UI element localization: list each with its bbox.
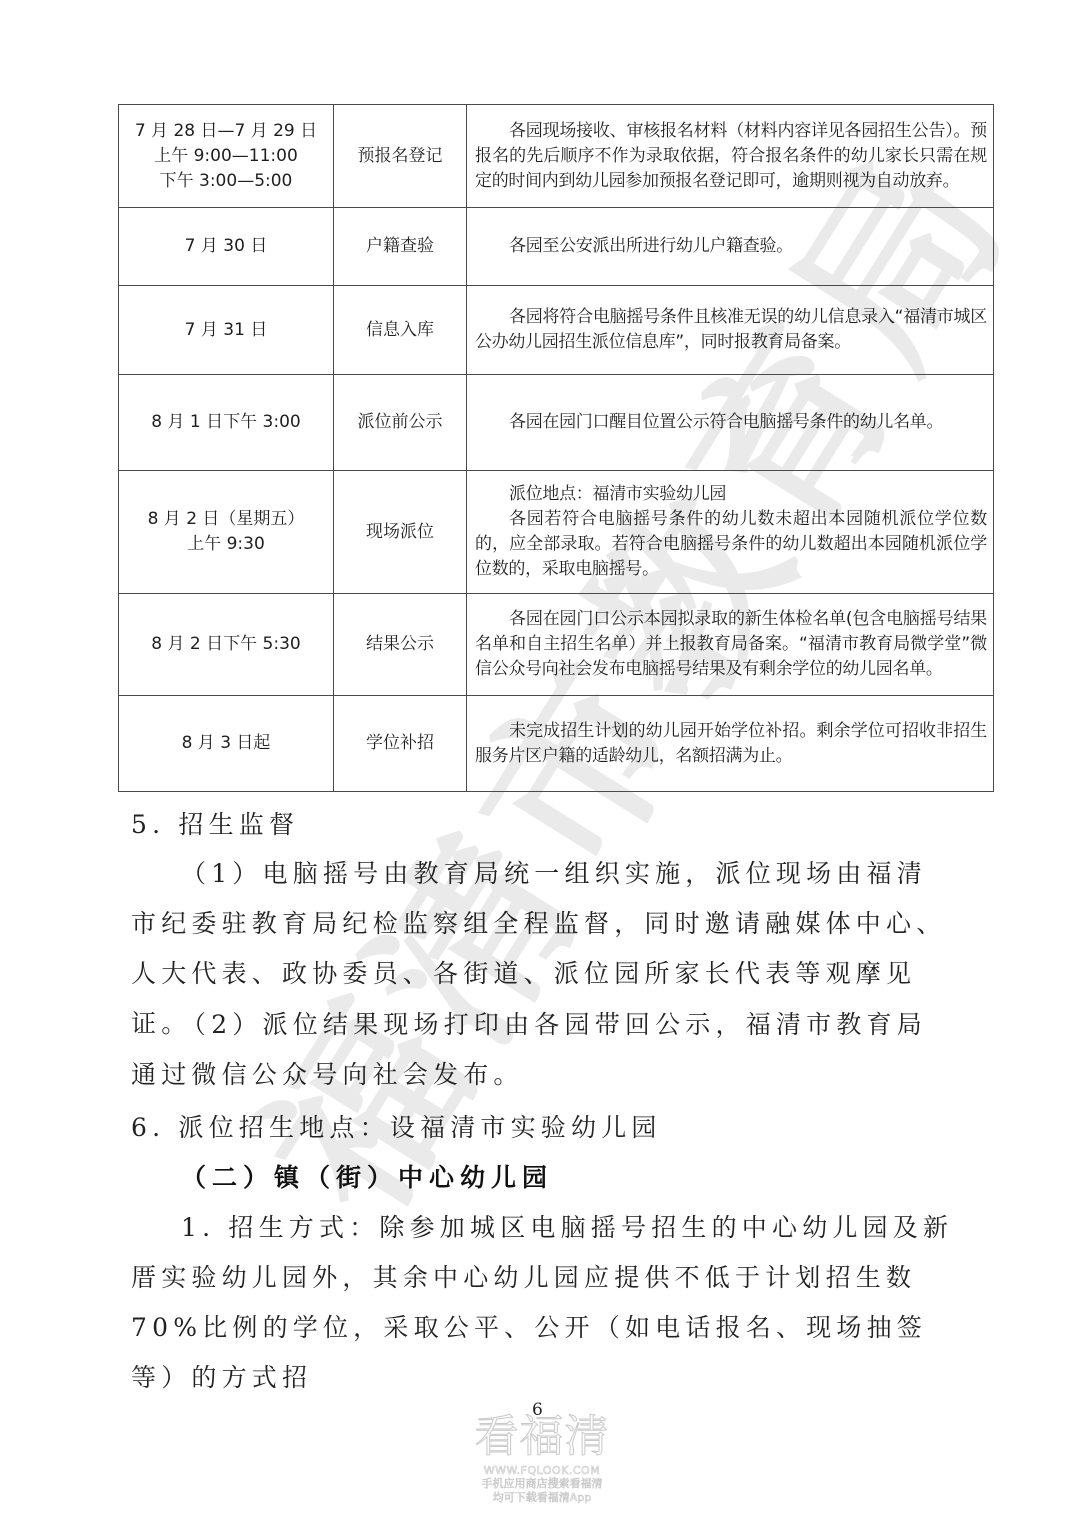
schedule-date-line: 7 月 31 日 <box>119 318 333 343</box>
schedule-step-cell: 结果公示 <box>334 594 467 696</box>
schedule-description-text: 各园现场接收、审核报名材料（材料内容详见各园招生公告）。预报名的先后顺序不作为录… <box>475 119 987 194</box>
schedule-row: 8 月 1 日下午 3:00派位前公示各园在园门口醒目位置公示符合电脑摇号条件的… <box>119 375 994 471</box>
schedule-description-cell: 各园现场接收、审核报名材料（材料内容详见各园招生公告）。预报名的先后顺序不作为录… <box>467 105 994 208</box>
schedule-description-cell: 各园在园门口醒目位置公示符合电脑摇号条件的幼儿名单。 <box>467 375 994 471</box>
schedule-description-cell: 各园在园门口公示本园拟录取的新生体检名单(包含电脑摇号结果名单和自主招生名单）并… <box>467 594 994 696</box>
schedule-row: 7 月 30 日户籍查验各园至公安派出所进行幼儿户籍查验。 <box>119 208 994 286</box>
schedule-date-cell: 7 月 31 日 <box>119 286 334 375</box>
schedule-description-text: 各园至公安派出所进行幼儿户籍查验。 <box>475 234 987 259</box>
schedule-description-text: 未完成招生计划的幼儿园开始学位补招。剩余学位可招收非招生服务片区户籍的适龄幼儿，… <box>475 719 987 769</box>
schedule-step-cell: 学位补招 <box>334 696 467 792</box>
subsection-heading-town-kindergartens: （二）镇（街）中心幼儿园 <box>181 1153 553 1203</box>
schedule-row: 7 月 28 日—7 月 29 日上午 9:00—11:00下午 3:00—5:… <box>119 105 994 208</box>
watermark-url: WWW.FQLOOK.COM <box>462 1464 622 1477</box>
watermark-hint-line-2: 均可下载看福清App <box>462 1491 622 1505</box>
site-watermark-logo: 看福清 WWW.FQLOOK.COM 手机应用商店搜索看福清 均可下载看福清Ap… <box>462 1412 622 1505</box>
section-heading-supervision: 5. 招生监督 <box>131 800 956 850</box>
schedule-row: 8 月 2 日下午 5:30结果公示各园在园门口公示本园拟录取的新生体检名单(包… <box>119 594 994 696</box>
watermark-hint-line-1: 手机应用商店搜索看福清 <box>462 1477 622 1491</box>
schedule-date-cell: 8 月 1 日下午 3:00 <box>119 375 334 471</box>
document-page: 福清市教育局 7 月 28 日—7 月 29 日上午 9:00—11:00下午 … <box>0 0 1080 1528</box>
schedule-date-line: 下午 3:00—5:00 <box>119 169 333 194</box>
schedule-date-line: 7 月 28 日—7 月 29 日 <box>119 119 333 144</box>
enrollment-schedule-table: 7 月 28 日—7 月 29 日上午 9:00—11:00下午 3:00—5:… <box>118 104 994 792</box>
schedule-description-cell: 各园至公安派出所进行幼儿户籍查验。 <box>467 208 994 286</box>
page-number: 6 <box>532 1400 543 1420</box>
schedule-step-cell: 信息入库 <box>334 286 467 375</box>
schedule-step-cell: 现场派位 <box>334 471 467 594</box>
schedule-description-cell: 未完成招生计划的幼儿园开始学位补招。剩余学位可招收非招生服务片区户籍的适龄幼儿，… <box>467 696 994 792</box>
schedule-description-text: 各园将符合电脑摇号条件且核准无误的幼儿信息录入“福清市城区公办幼儿园招生派位信息… <box>475 305 987 355</box>
schedule-description-cell: 派位地点：福清市实验幼儿园各园若符合电脑摇号条件的幼儿数未超出本园随机派位学位数… <box>467 471 994 594</box>
schedule-description-text: 各园在园门口公示本园拟录取的新生体检名单(包含电脑摇号结果名单和自主招生名单）并… <box>475 607 987 682</box>
schedule-date-line: 上午 9:30 <box>119 532 333 557</box>
paragraph-enrollment-method: 1. 招生方式：除参加城区电脑摇号招生的中心幼儿园及新厝实验幼儿园外，其余中心幼… <box>131 1203 956 1403</box>
paragraph-supervision-2: （2）派位结果现场打印由各园带回公示，福清市教育局通过微信公众号向社会发布。 <box>131 1000 956 1100</box>
schedule-description-text: 各园若符合电脑摇号条件的幼儿数未超出本园随机派位学位数的，应全部录取。若符合电脑… <box>475 507 987 582</box>
schedule-date-line: 7 月 30 日 <box>119 234 333 259</box>
schedule-description-cell: 各园将符合电脑摇号条件且核准无误的幼儿信息录入“福清市城区公办幼儿园招生派位信息… <box>467 286 994 375</box>
schedule-date-line: 8 月 3 日起 <box>119 731 333 756</box>
schedule-date-cell: 7 月 30 日 <box>119 208 334 286</box>
section-heading-location: 6. 派位招生地点：设福清市实验幼儿园 <box>131 1103 956 1153</box>
schedule-date-line: 8 月 2 日（星期五） <box>119 507 333 532</box>
schedule-date-line: 8 月 1 日下午 3:00 <box>119 410 333 435</box>
schedule-row: 8 月 2 日（星期五）上午 9:30现场派位派位地点：福清市实验幼儿园各园若符… <box>119 471 994 594</box>
schedule-date-cell: 7 月 28 日—7 月 29 日上午 9:00—11:00下午 3:00—5:… <box>119 105 334 208</box>
schedule-date-cell: 8 月 2 日（星期五）上午 9:30 <box>119 471 334 594</box>
schedule-description-text: 派位地点：福清市实验幼儿园 <box>475 482 987 507</box>
schedule-date-line: 8 月 2 日下午 5:30 <box>119 632 333 657</box>
schedule-date-line: 上午 9:00—11:00 <box>119 144 333 169</box>
schedule-step-cell: 户籍查验 <box>334 208 467 286</box>
schedule-date-cell: 8 月 2 日下午 5:30 <box>119 594 334 696</box>
schedule-description-text: 各园在园门口醒目位置公示符合电脑摇号条件的幼儿名单。 <box>475 410 987 435</box>
schedule-date-cell: 8 月 3 日起 <box>119 696 334 792</box>
schedule-step-cell: 派位前公示 <box>334 375 467 471</box>
schedule-step-cell: 预报名登记 <box>334 105 467 208</box>
schedule-row: 7 月 31 日信息入库各园将符合电脑摇号条件且核准无误的幼儿信息录入“福清市城… <box>119 286 994 375</box>
schedule-row: 8 月 3 日起学位补招未完成招生计划的幼儿园开始学位补招。剩余学位可招收非招生… <box>119 696 994 792</box>
